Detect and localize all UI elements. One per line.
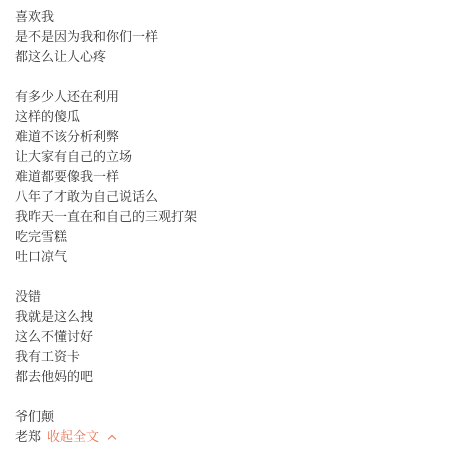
text-line: 难道都要像我一样 bbox=[15, 168, 465, 188]
signature: 老郑 bbox=[15, 430, 41, 445]
text-line: 吃完雪糕 bbox=[15, 228, 465, 248]
collapse-full-text-link[interactable]: 收起全文 bbox=[47, 430, 115, 445]
text-line: 我有工资卡 bbox=[15, 348, 465, 368]
collapse-label: 收起全文 bbox=[47, 430, 99, 445]
text-line: 有多少人还在利用 bbox=[15, 88, 465, 108]
text-line: 这样的傻瓜 bbox=[15, 108, 465, 128]
text-line: 是不是因为我和你们一样 bbox=[15, 28, 465, 48]
stanza-break bbox=[15, 268, 465, 288]
signature-line: 老郑收起全文 bbox=[15, 428, 465, 448]
text-line: 喜欢我 bbox=[15, 8, 465, 28]
stanza-break bbox=[15, 388, 465, 408]
text-line: 难道不该分析利弊 bbox=[15, 128, 465, 148]
text-line: 这么不懂讨好 bbox=[15, 328, 465, 348]
text-line: 都去他妈的吧 bbox=[15, 368, 465, 388]
text-line: 我昨天一直在和自己的三观打架 bbox=[15, 208, 465, 228]
stanza-break bbox=[15, 68, 465, 88]
text-line: 吐口凉气 bbox=[15, 248, 465, 268]
chevron-up-icon bbox=[108, 435, 116, 443]
text-line: 都这么让人心疼 bbox=[15, 48, 465, 68]
post-content: 喜欢我 是不是因为我和你们一样 都这么让人心疼 有多少人还在利用 这样的傻瓜 难… bbox=[15, 8, 465, 448]
text-line: 没错 bbox=[15, 288, 465, 308]
text-line: 八年了才敢为自己说话么 bbox=[15, 188, 465, 208]
text-line: 让大家有自己的立场 bbox=[15, 148, 465, 168]
text-line: 我就是这么拽 bbox=[15, 308, 465, 328]
text-line: 爷们颠 bbox=[15, 408, 465, 428]
